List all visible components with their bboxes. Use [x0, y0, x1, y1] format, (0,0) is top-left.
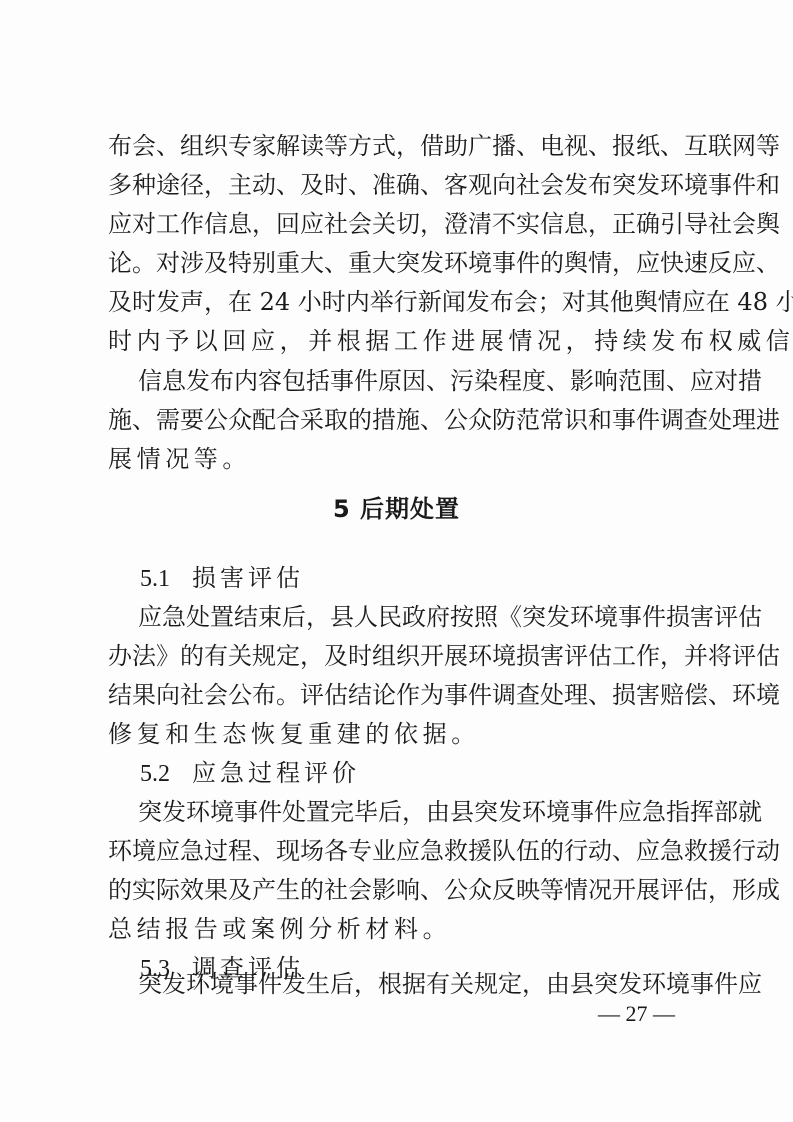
text-line: 应急处置结束后，县人民政府按照《突发环境事件损害评估	[138, 602, 692, 632]
subsection-heading-5-1: 5.1损害评估	[140, 563, 304, 594]
subsection-heading-5-2: 5.2应急过程评价	[140, 758, 360, 789]
text-line: 总结报告或案例分析材料。	[108, 914, 692, 944]
subsection-title: 损害评估	[192, 564, 304, 592]
text-line: 论。对涉及特别重大、重大突发环境事件的舆情，应快速反应、	[108, 248, 692, 278]
text-line: 信息发布内容包括事件原因、污染程度、影响范围、应对措	[138, 366, 692, 396]
page-number: — 27 —	[598, 1000, 675, 1028]
text-line: 修复和生态恢复重建的依据。	[108, 719, 692, 749]
text-line: 突发环境事件发生后，根据有关规定，由县突发环境事件应	[138, 969, 692, 999]
subsection-number: 5.1	[140, 564, 192, 594]
text-line: 突发环境事件处置完毕后，由县突发环境事件应急指挥部就	[138, 797, 692, 827]
text-line: 时内予以回应，并根据工作进展情况，持续发布权威信息。	[108, 326, 692, 356]
text-line: 的实际效果及产生的社会影响、公众反映等情况开展评估，形成	[108, 875, 692, 905]
subsection-number: 5.2	[140, 759, 192, 789]
text-line: 办法》的有关规定，及时组织开展环境损害评估工作，并将评估	[108, 641, 692, 671]
document-page: 布会、组织专家解读等方式，借助广播、电视、报纸、互联网等 多种途径，主动、及时、…	[0, 0, 793, 1122]
text-line: 施、需要公众配合采取的措施、公众防范常识和事件调查处理进	[108, 405, 692, 435]
text-line: 应对工作信息，回应社会关切，澄清不实信息，正确引导社会舆	[108, 209, 692, 239]
text-line: 及时发声，在 24 小时内举行新闻发布会；对其他舆情应在 48 小	[108, 287, 692, 317]
subsection-title: 应急过程评价	[192, 759, 360, 787]
text-line: 布会、组织专家解读等方式，借助广播、电视、报纸、互联网等	[108, 131, 692, 161]
text-line: 展情况等。	[108, 444, 692, 474]
text-line: 环境应急过程、现场各专业应急救援队伍的行动、应急救援行动	[108, 836, 692, 866]
text-line: 多种途径，主动、及时、准确、客观向社会发布突发环境事件和	[108, 170, 692, 200]
text-line: 结果向社会公布。评估结论作为事件调查处理、损害赔偿、环境	[108, 680, 692, 710]
section-heading: 5 后期处置	[0, 494, 793, 524]
